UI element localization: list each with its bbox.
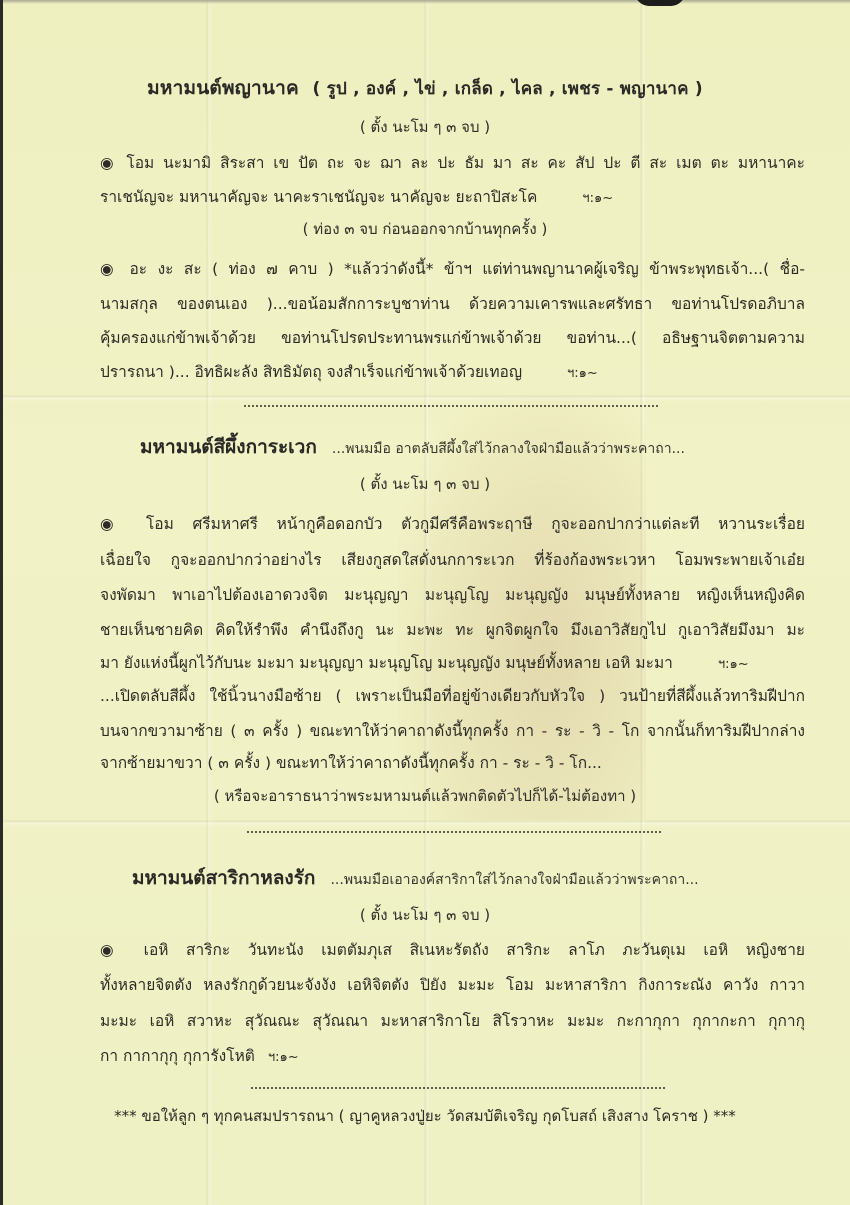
dotted-divider	[250, 1087, 665, 1089]
end-mark: ฯ:๑~	[582, 191, 613, 206]
section-2-usage-line-2: บนจากขวามาซ้าย ( ๓ ครั้ง ) ขณะทาให้ว่าคา…	[100, 718, 805, 743]
section-1-p2-line-2: นามสกุล ของตนเอง )...ขอน้อมสักการะบูชาท่…	[100, 291, 805, 316]
section-1-recite-note: ( ท่อง ๓ จบ ก่อนออกจากบ้านทุกครั้ง )	[0, 217, 850, 241]
section-3-p1-line-4-text: กา กากากุกุ กุการังโหติ	[100, 1047, 255, 1065]
section-1-heading: มหามนต์พญานาค ( รูป , องค์ , ไข่ , เกล็ด…	[0, 73, 850, 103]
section-1-p1-line-2-text: ราเชนัญจะ มหานาคัญจะ นาคะราเชนัญจะ นาคัญ…	[100, 188, 537, 206]
end-mark: ฯ:๑~	[567, 366, 598, 381]
section-2-count-note: ( ตั้ง นะโม ๆ ๓ จบ )	[0, 472, 850, 496]
section-1-title-sub: ( รูป , องค์ , ไข่ , เกล็ด , ไคล , เพชร …	[313, 79, 703, 99]
section-1-p1-line-2: ราเชนัญจะ มหานาคัญจะ นาคะราเชนัญจะ นาคัญ…	[100, 184, 805, 209]
section-3-p1-line-3: มะมะ เอหิ สวาหะ สุวัณณะ สุวัณณา มะหาสาริ…	[100, 1008, 805, 1033]
section-3-p1-line-1: ◉ เอหิ สาริกะ วันทะนัง เมตตัมภุเส สิเนหะ…	[100, 937, 805, 962]
section-3-instruction: ...พนมมือเอาองค์สาริกาใส่ไว้กลางใจฝ่ามือ…	[330, 872, 698, 888]
section-3-heading: มหามนต์สาริกาหลงรัก ...พนมมือเอาองค์สาริ…	[132, 863, 699, 893]
section-2-p1-line-5-text: มา ยังแห่งนี้ผูกไว้กับนะ มะมา มะนุญญา มะ…	[100, 654, 673, 672]
section-1-p2-line-4-text: ปรารถนา )... อิทธิผะลัง สิทธิมัตถุ จงสำเ…	[100, 363, 522, 381]
section-1-count-note: ( ตั้ง นะโม ๆ ๓ จบ )	[0, 115, 850, 139]
section-1-p2-line-4: ปรารถนา )... อิทธิผะลัง สิทธิมัตถุ จงสำเ…	[100, 359, 805, 384]
section-2-p1-line-5: มา ยังแห่งนี้ผูกไว้กับนะ มะมา มะนุญญา มะ…	[100, 650, 805, 675]
section-1-p1-line-1: ◉ โอม นะมามิ สิระสา เข ปัต ถะ จะ ฌา ละ ป…	[100, 150, 805, 175]
section-2-heading: มหามนต์สีผึ้งการะเวก ...พนมมือ อาตลับสีผ…	[140, 432, 685, 462]
scan-left-edge	[0, 0, 3, 1205]
section-3-p1-line-4: กา กากากุกุ กุการังโหติ ฯ:๑~	[100, 1043, 805, 1068]
section-2-usage-line-3: จากซ้ายมาขวา ( ๓ ครั้ง ) ขณะทาให้ว่าคาถา…	[100, 750, 805, 775]
section-2-p1-line-2: เฉื่อยใจ กูจะออกปากว่าอย่างไร เสียงกูสดใ…	[100, 547, 805, 572]
section-1-p2-line-1: ◉ อะ งะ สะ ( ท่อง ๗ คาบ ) *แล้วว่าดังนี้…	[100, 256, 805, 281]
section-2-p1-line-3: จงพัดมา พาเอาไปต้องเอาดวงจิต มะนุญญา มะน…	[100, 582, 805, 607]
scanned-paper-document: มหามนต์พญานาค ( รูป , องค์ , ไข่ , เกล็ด…	[0, 0, 850, 1205]
section-3-title: มหามนต์สาริกาหลงรัก	[132, 867, 315, 889]
section-2-alt-note: ( หรือจะอาราธนาว่าพระมหามนต์แล้วพกติดตัว…	[0, 784, 850, 808]
dotted-divider	[243, 405, 658, 407]
end-mark: ฯ:๑~	[268, 1050, 299, 1065]
footer-blessing: *** ขอให้ลูก ๆ ทุกคนสมปรารถนา ( ญาคูหลวง…	[0, 1104, 850, 1128]
section-3-p1-line-2: ทั้งหลายจิตตัง หลงรักกูด้วยนะจังงัง เอหิ…	[100, 972, 805, 997]
section-1-title: มหามนต์พญานาค	[147, 77, 299, 99]
section-1-p2-line-3: คุ้มครองแก่ข้าพเจ้าด้วย ขอท่านโปรดประทาน…	[100, 325, 805, 350]
dotted-divider	[246, 831, 661, 833]
end-mark: ฯ:๑~	[718, 657, 749, 672]
scan-top-shadow	[0, 0, 850, 4]
section-2-usage-line-1: ...เปิดตลับสีผึ้ง ใช้นิ้วนางมือซ้าย ( เพ…	[100, 683, 805, 708]
section-2-p1-line-4: ชายเห็นชายคิด คิดให้รำพึง คำนึงถึงกู นะ …	[100, 617, 805, 642]
punch-hole	[635, 0, 685, 6]
section-2-p1-line-1: ◉ โอม ศรีมหาศรี หน้ากูคือดอกบัว ตัวกูมีศ…	[100, 511, 805, 536]
section-3-count-note: ( ตั้ง นะโม ๆ ๓ จบ )	[0, 903, 850, 927]
section-2-title: มหามนต์สีผึ้งการะเวก	[140, 436, 317, 458]
section-2-instruction: ...พนมมือ อาตลับสีผึ้งใส่ไว้กลางใจฝ่ามือ…	[332, 441, 685, 457]
